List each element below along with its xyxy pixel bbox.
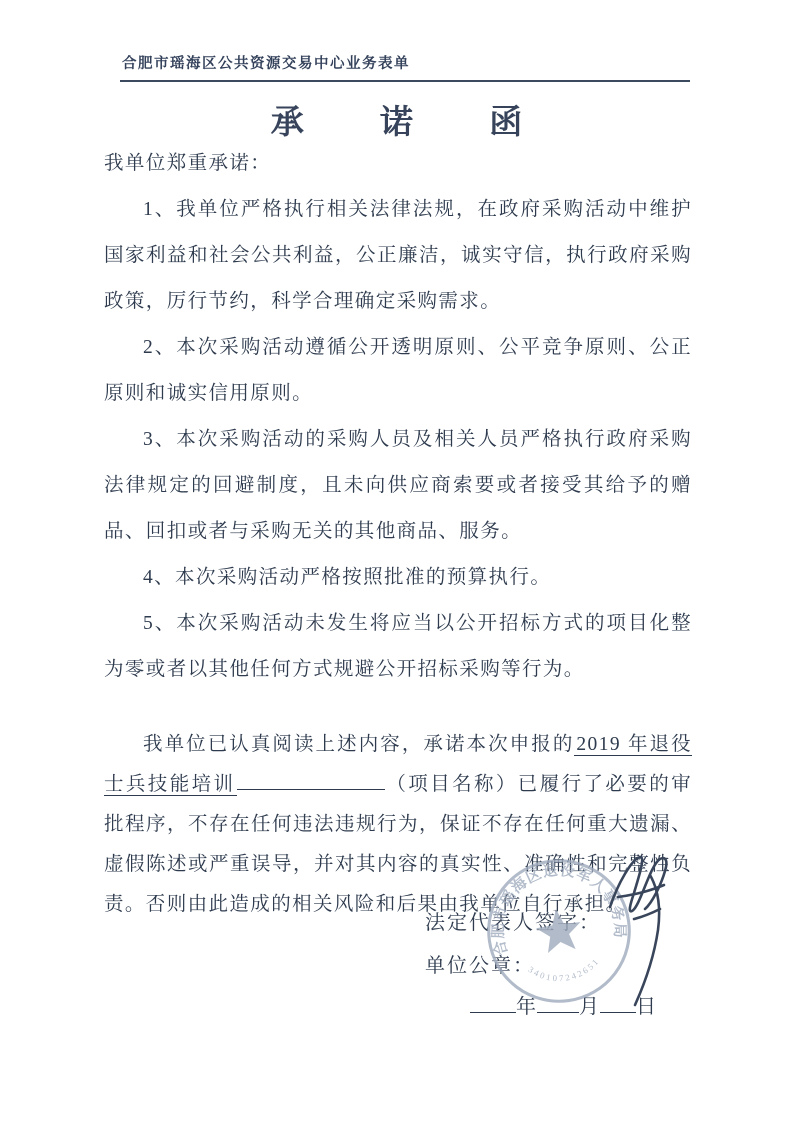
clause-2: 2、本次采购活动遵循公开透明原则、公平竞争原则、公正原则和诚实信用原则。 (104, 325, 692, 417)
signature-block: 法定代表人签字： 单位公章： (425, 902, 601, 988)
legal-rep-signature-label: 法定代表人签字： (425, 902, 601, 945)
unit-seal-label: 单位公章： (425, 945, 601, 988)
day-label: 日 (636, 996, 657, 1018)
year-blank-line (470, 992, 516, 1013)
clause-4: 4、本次采购活动严格按照批准的预算执行。 (104, 555, 692, 601)
day-blank-line (600, 992, 636, 1013)
month-label: 月 (579, 996, 600, 1018)
header-divider (120, 80, 690, 82)
year-label: 年 (516, 996, 537, 1018)
date-line: 年月日 (470, 990, 657, 1019)
closing-pre-text: 我单位已认真阅读上述内容，承诺本次申报的 (143, 734, 574, 755)
scanned-commitment-letter: 合肥市瑶海区公共资源交易中心业务表单 承 诺 函 我单位郑重承诺： 1、我单位严… (0, 0, 793, 1122)
clause-3: 3、本次采购活动的采购人员及相关人员严格执行政府采购法律规定的回避制度，且未向供… (104, 417, 692, 555)
form-header-label: 合肥市瑶海区公共资源交易中心业务表单 (122, 52, 692, 73)
closing-paragraph: 我单位已认真阅读上述内容，承诺本次申报的2019 年退役士兵技能培训（项目名称）… (104, 725, 692, 925)
clause-1: 1、我单位严格执行相关法律法规，在政府采购活动中维护国家利益和社会公共利益，公正… (104, 187, 692, 325)
month-blank-line (537, 992, 579, 1013)
opening-line: 我单位郑重承诺： (104, 141, 692, 187)
clause-5: 5、本次采购活动未发生将应当以公开招标方式的项目化整为零或者以其他任何方式规避公… (104, 601, 692, 693)
project-name-blank-line (237, 770, 385, 791)
document-title: 承 诺 函 (0, 96, 793, 143)
document-body: 我单位郑重承诺： 1、我单位严格执行相关法律法规，在政府采购活动中维护国家利益和… (104, 141, 692, 925)
